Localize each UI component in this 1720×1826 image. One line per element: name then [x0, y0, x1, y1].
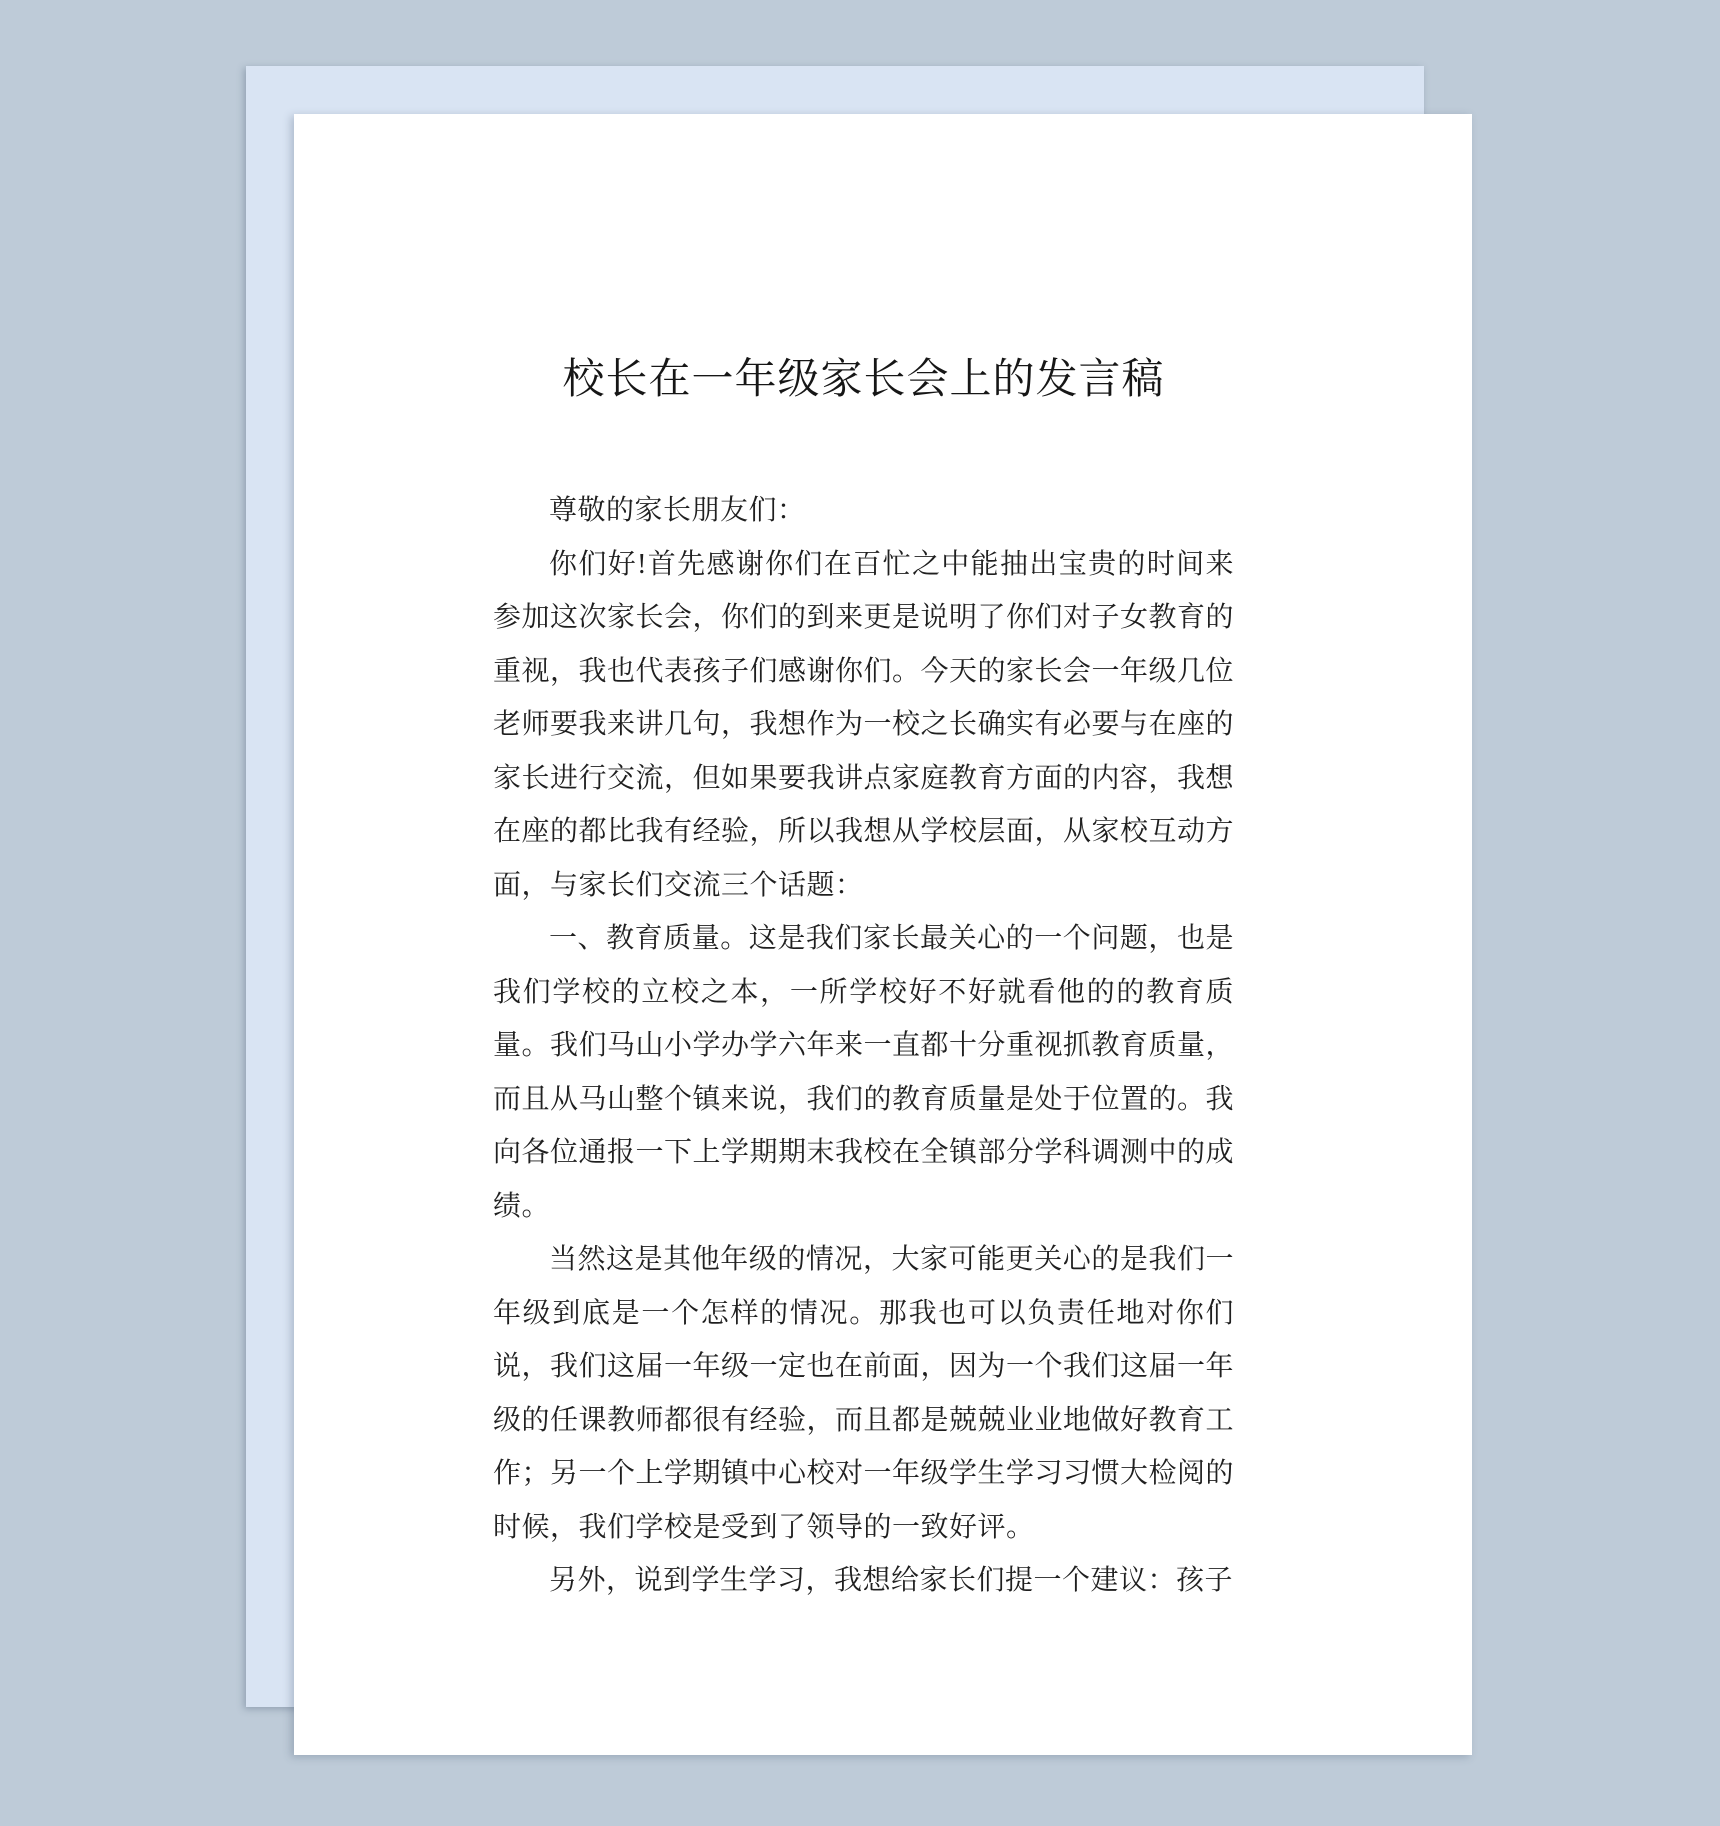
paragraph: 当然这是其他年级的情况，大家可能更关心的是我们一年级到底是一个怎样的情况。那我也… [493, 1233, 1234, 1554]
document-canvas: 校长在一年级家长会上的发言稿 尊敬的家长朋友们：你们好!首先感谢你们在百忙之中能… [0, 0, 1720, 1826]
paragraph: 一、教育质量。这是我们家长最关心的一个问题，也是我们学校的立校之本，一所学校好不… [493, 912, 1234, 1233]
paragraph: 你们好!首先感谢你们在百忙之中能抽出宝贵的时间来参加这次家长会，你们的到来更是说… [493, 538, 1234, 913]
document-body: 尊敬的家长朋友们：你们好!首先感谢你们在百忙之中能抽出宝贵的时间来参加这次家长会… [493, 484, 1234, 1608]
paragraph: 尊敬的家长朋友们： [493, 484, 1234, 538]
document-page: 校长在一年级家长会上的发言稿 尊敬的家长朋友们：你们好!首先感谢你们在百忙之中能… [294, 114, 1472, 1755]
document-title: 校长在一年级家长会上的发言稿 [493, 352, 1234, 408]
paragraph: 另外，说到学生学习，我想给家长们提一个建议：孩子 [493, 1554, 1234, 1608]
